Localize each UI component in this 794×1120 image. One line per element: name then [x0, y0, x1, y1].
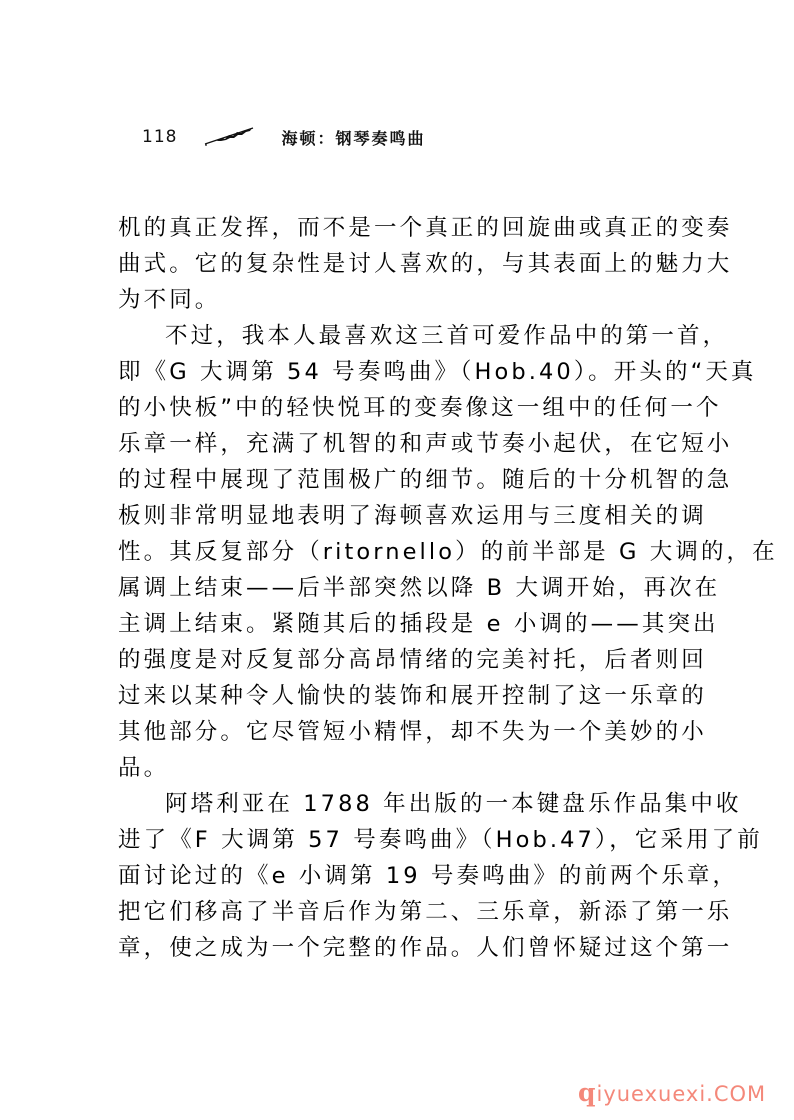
- text-line: 乐章一样，充满了机智的和声或节奏小起伏，在它短小: [118, 426, 684, 462]
- paragraph-start-line: 阿塔利亚在 1788 年出版的一本键盘乐作品集中收: [118, 786, 684, 822]
- text-line: 机的真正发挥，而不是一个真正的回旋曲或真正的变奏: [118, 210, 684, 246]
- text-line: 的小快板”中的轻快悦耳的变奏像这一组中的任何一个: [118, 390, 684, 426]
- feather-quill-ornament-icon: [203, 127, 255, 147]
- text-line: 性。其反复部分（ritornello）的前半部是 G 大调的，在: [118, 534, 684, 570]
- text-line: 属调上结束——后半部突然以降 B 大调开始，再次在: [118, 570, 684, 606]
- text-line: 其他部分。它尽管短小精悍，却不失为一个美妙的小: [118, 714, 684, 750]
- text-line: 品。: [118, 750, 684, 786]
- running-title: 海顿：钢琴奏鸣曲: [281, 126, 425, 149]
- text-line: 主调上结束。紧随其后的插段是 e 小调的——其突出: [118, 606, 684, 642]
- text-line: 为不同。: [118, 282, 684, 318]
- text-line: 把它们移高了半音后作为第二、三乐章，新添了第一乐: [118, 894, 684, 930]
- page-number: 118: [142, 127, 177, 147]
- text-line: 的强度是对反复部分高昂情绪的完美衬托，后者则回: [118, 642, 684, 678]
- text-line: 面讨论过的《e 小调第 19 号奏鸣曲》的前两个乐章，: [118, 858, 684, 894]
- paragraph-start-line: 不过，我本人最喜欢这三首可爱作品中的第一首，: [118, 318, 684, 354]
- text-line: 进了《F 大调第 57 号奏鸣曲》（Hob.47），它采用了前: [118, 822, 684, 858]
- text-line: 即《G 大调第 54 号奏鸣曲》（Hob.40）。开头的“天真: [118, 354, 684, 390]
- text-line: 过来以某种令人愉快的装饰和展开控制了这一乐章的: [118, 678, 684, 714]
- watermark-text: iyuexuexi.COM: [596, 1082, 766, 1106]
- body-text: 机的真正发挥，而不是一个真正的回旋曲或真正的变奏 曲式。它的复杂性是讨人喜欢的，…: [118, 210, 684, 966]
- running-header: 118 海顿：钢琴奏鸣曲: [142, 122, 425, 152]
- watermark-logo-letter: q: [578, 1078, 596, 1107]
- site-watermark: qiyuexuexi.COM: [578, 1078, 766, 1107]
- text-line: 曲式。它的复杂性是讨人喜欢的，与其表面上的魅力大: [118, 246, 684, 282]
- text-line: 章，使之成为一个完整的作品。人们曾怀疑过这个第一: [118, 930, 684, 966]
- text-line: 的过程中展现了范围极广的细节。随后的十分机智的急: [118, 462, 684, 498]
- text-line: 板则非常明显地表明了海顿喜欢运用与三度相关的调: [118, 498, 684, 534]
